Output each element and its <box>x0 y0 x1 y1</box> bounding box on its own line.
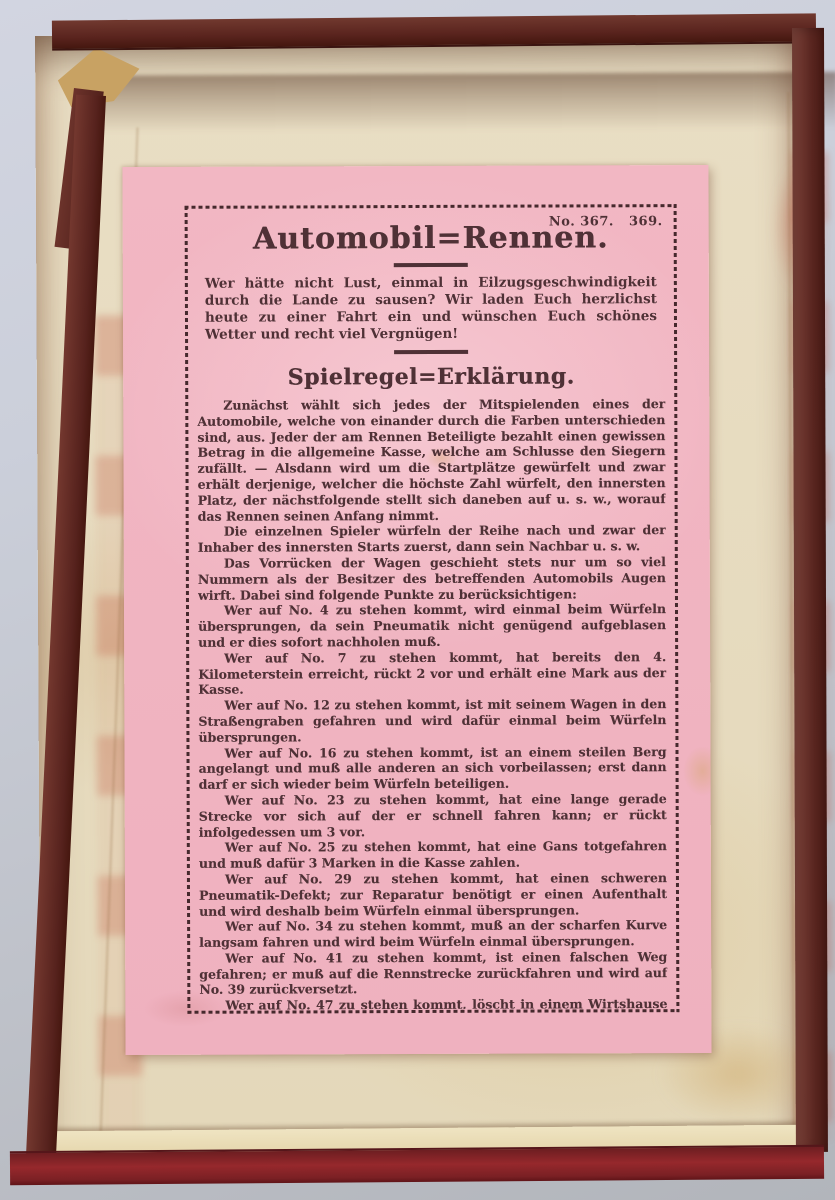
box-right-edge <box>792 28 828 1152</box>
photo-scene: No. 367. 369. Automobil=Rennen. Wer hätt… <box>0 0 835 1200</box>
paragraph-no-23: Wer auf No. 23 zu stehen kommt, hat eine… <box>199 791 667 840</box>
frame-edge-left <box>185 206 191 1014</box>
paragraph-no-34: Wer auf No. 34 zu stehen kommt, muß an d… <box>199 917 667 950</box>
frame-edge-bottom <box>187 1009 679 1014</box>
paragraph-turn-order: Die einzelnen Spieler würfeln der Reihe … <box>198 523 666 556</box>
paragraph-no-4: Wer auf No. 4 zu stehen kommt, wird einm… <box>198 601 666 650</box>
intro-divider <box>394 350 468 354</box>
dashed-frame: No. 367. 369. Automobil=Rennen. Wer hätt… <box>185 204 680 1014</box>
paragraph-movement: Das Vorrücken der Wagen geschieht stets … <box>198 554 666 603</box>
paragraph-no-47: Wer auf No. 47 zu stehen kommt, löscht i… <box>199 996 667 1009</box>
intro-paragraph: Wer hätte nicht Lust, einmal in Eilzugsg… <box>205 274 657 344</box>
interior-top-shadow <box>75 72 835 134</box>
frame-edge-right <box>674 204 680 1012</box>
paragraph-no-12: Wer auf No. 12 zu stehen kommt, ist mit … <box>198 696 666 745</box>
paragraph-no-7: Wer auf No. 7 zu stehen kommt, hat berei… <box>198 649 666 698</box>
paragraph-setup: Zunächst wählt sich jedes der Mitspielen… <box>197 396 665 524</box>
sheet-content: No. 367. 369. Automobil=Rennen. Wer hätt… <box>197 208 668 1010</box>
rules-heading: Spielregel=Erklärung. <box>197 363 665 391</box>
paragraph-no-29: Wer auf No. 29 zu stehen kommt, hat eine… <box>199 870 667 919</box>
box-bottom-edge <box>10 1145 824 1185</box>
paragraph-no-16: Wer auf No. 16 zu stehen kommt, ist an e… <box>198 744 666 793</box>
title-divider <box>394 263 468 267</box>
paragraph-no-41: Wer auf No. 41 zu stehen kommt, ist eine… <box>199 949 667 998</box>
paragraph-no-25: Wer auf No. 25 zu stehen kommt, hat eine… <box>199 838 667 871</box>
rules-sheet: No. 367. 369. Automobil=Rennen. Wer hätt… <box>122 165 711 1055</box>
rules-body: Zunächst wählt sich jedes der Mitspielen… <box>197 396 667 1010</box>
catalog-number: No. 367. 369. <box>549 214 663 229</box>
